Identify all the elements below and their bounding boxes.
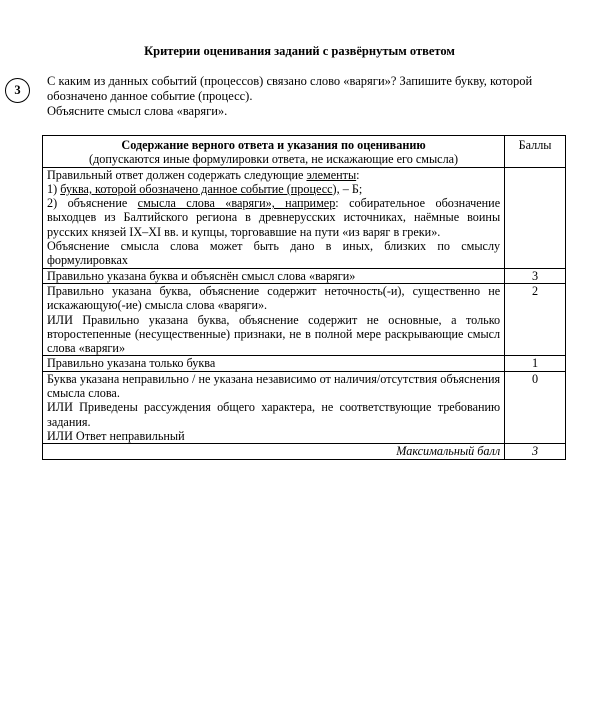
question-line: С каким из данных событий (процессов) св… <box>47 74 567 89</box>
table-header-row: Содержание верного ответа и указания по … <box>43 136 566 168</box>
max-score-label: Максимальный балл <box>43 444 505 459</box>
table-footer-row: Максимальный балл 3 <box>43 444 566 459</box>
task-number: 3 <box>14 83 20 98</box>
criteria-text: Правильно указана только буква <box>43 356 505 371</box>
answer-item-2: 2) объяснение смысла слова «варяги», нап… <box>47 196 500 239</box>
content-header-subtitle: (допускаются иные формулировки ответа, н… <box>47 152 500 166</box>
criteria-score: 3 <box>505 268 566 283</box>
score-column-header: Баллы <box>505 136 566 168</box>
criteria-score: 2 <box>505 283 566 355</box>
criteria-text: Правильно указана буква, объяснение соде… <box>43 283 505 355</box>
answer-row: Правильный ответ должен содержать следую… <box>43 167 566 268</box>
answer-intro: Правильный ответ должен содержать следую… <box>47 168 500 182</box>
page-title: Критерии оценивания заданий с развёрнуты… <box>0 44 599 59</box>
content-header-title: Содержание верного ответа и указания по … <box>47 138 500 152</box>
table-row: Правильно указана только буква 1 <box>43 356 566 371</box>
task-question: С каким из данных событий (процессов) св… <box>47 74 567 119</box>
criteria-text: Правильно указана буква и объяснён смысл… <box>43 268 505 283</box>
task-number-badge: 3 <box>5 78 30 103</box>
table-row: Буква указана неправильно / не указана н… <box>43 371 566 443</box>
max-score-value: 3 <box>505 444 566 459</box>
criteria-score: 1 <box>505 356 566 371</box>
criteria-text: Буква указана неправильно / не указана н… <box>43 371 505 443</box>
answer-score <box>505 167 566 268</box>
table-row: Правильно указана буква, объяснение соде… <box>43 283 566 355</box>
answer-item-1: 1) буква, которой обозначено данное собы… <box>47 182 500 196</box>
answer-note: Объяснение смысла слова может быть дано … <box>47 239 500 268</box>
content-column-header: Содержание верного ответа и указания по … <box>43 136 505 168</box>
criteria-table: Содержание верного ответа и указания по … <box>42 135 566 460</box>
answer-content: Правильный ответ должен содержать следую… <box>43 167 505 268</box>
table-row: Правильно указана буква и объяснён смысл… <box>43 268 566 283</box>
question-line: обозначено данное событие (процесс). <box>47 89 567 104</box>
question-line: Объясните смысл слова «варяги». <box>47 104 567 119</box>
criteria-score: 0 <box>505 371 566 443</box>
